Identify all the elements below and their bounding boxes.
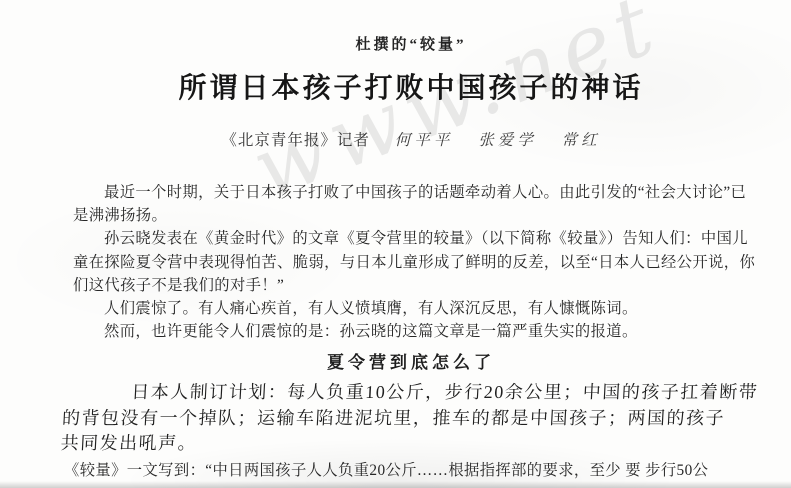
scanned-article-page: www.net 杜撰的“较量” 所谓日本孩子打败中国孩子的神话 《北京青年报》记… [0, 0, 791, 488]
body-line: 孙云晓发表在《黄金时代》的文章《夏令营里的较量》（以下简称《较量》）告知人们：中… [73, 227, 763, 250]
body-line: 是沸沸扬扬。 [73, 204, 763, 227]
scan-edge [0, 481, 791, 488]
byline-author: 何平平 [395, 132, 454, 149]
body-line: 童在探险夏令营中表现得怕苦、脆弱，与日本儿童形成了鲜明的反差，以至“日本人已经公… [73, 251, 763, 274]
quote-line: 共同发出吼声。 [60, 431, 761, 457]
quote-line: 的背包没有一个掉队；运输车陷进泥坑里，推车的都是中国孩子；两国的孩子 [61, 406, 762, 432]
kicker: 杜撰的“较量” [73, 33, 749, 54]
body-line: 最近一个时期，关于日本孩子打败了中国孩子的话题牵动着人心。由此引发的“社会大讨论… [73, 181, 763, 204]
body-line: 《较量》一文写到：“中日两国孩子人人负重20公斤……根据指挥部的要求，至少 要 … [64, 458, 784, 480]
article-body: 最近一个时期，关于日本孩子打败了中国孩子的话题牵动着人心。由此引发的“社会大讨论… [73, 181, 763, 343]
quote-line: 日本人制订计划：每人负重10公斤，步行20余公里；中国的孩子扛着断带 [63, 380, 764, 406]
article-title: 所谓日本孩子打败中国孩子的神话 [73, 66, 749, 106]
byline: 《北京青年报》记者 何平平 张爱学 常红 [73, 128, 749, 150]
body-line: 人们震惊了。有人痛心疾首，有人义愤填膺，有人深沉反思，有人慷慨陈词。 [73, 297, 763, 320]
section-heading: 夏令营到底怎么了 [73, 348, 749, 373]
byline-author: 张爱学 [478, 132, 537, 149]
byline-source: 《北京青年报》记者 [221, 132, 370, 149]
quote-block: 日本人制订计划：每人负重10公斤，步行20余公里；中国的孩子扛着断带 的背包没有… [60, 380, 764, 457]
byline-author: 常红 [562, 132, 601, 149]
body-line: 然而，也许更能令人们震惊的是：孙云晓的这篇文章是一篇严重失实的报道。 [73, 320, 763, 343]
body-line: 们这代孩子不是我们的对手！” [73, 274, 763, 297]
